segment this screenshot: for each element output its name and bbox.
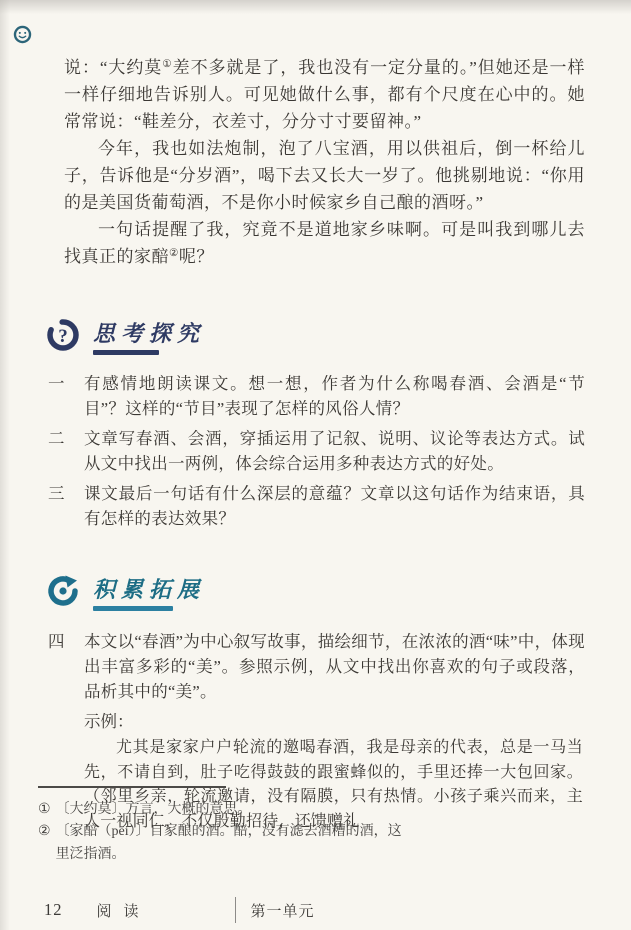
question-text: 课文最后一句话有什么深层的意蕴？文章以这句话作为结束语，具有怎样的表达效果？ [84,481,585,531]
footnote-number: ① [38,799,51,822]
section-title-underline [93,350,159,355]
section-title-box: 思考探究 [93,317,205,355]
footer-unit-label: 第一单元 [251,900,315,921]
section-title-box: 积累拓展 [93,573,205,611]
question-text: 有感情地朗读课文。想一想，作者为什么称喝春酒、会酒是“节目”？这样的“节目”表现… [84,371,585,421]
svg-text:?: ? [58,326,68,347]
question-text: 本文以“春酒”为中心叙写故事，描绘细节，在浓浓的酒“味”中，体现出丰富多彩的“美… [84,629,585,704]
section-title-underline [93,606,173,611]
question-item-2: 二 文章写春酒、会酒，穿插运用了记叙、说明、议论等表达方式。试从文中找出一两例，… [48,426,585,476]
section-header-accumulate-expand: 积累拓展 [46,573,585,611]
paragraph-text: 说：“大约莫 [64,58,162,77]
footnote-marker-2: ② [169,248,179,259]
footnote-number: ② [38,821,51,866]
question-number: 一 [48,371,72,421]
footer-section-label: 阅读 [97,900,151,921]
question-item-3: 三 课文最后一句话有什么深层的意蕴？文章以这句话作为结束语，具有怎样的表达效果？ [48,481,585,531]
question-mark-circle-icon: ? [46,318,80,352]
footer-divider [235,897,236,923]
smiley-watermark-icon [13,25,32,44]
question-number: 四 [48,629,72,704]
question-text: 文章写春酒、会酒，穿插运用了记叙、说明、议论等表达方式。试从文中找出一两例，体会… [84,426,585,476]
question-item-4: 四 本文以“春酒”为中心叙写故事，描绘细节，在浓浓的酒“味”中，体现出丰富多彩的… [48,629,585,704]
lesson-body-text: 说：“大约莫①差不多就是了，我也没有一定分量的。”但她还是一样一样仔细地告诉别人… [64,54,585,270]
section-title: 思考探究 [93,317,205,348]
footnote-1: ① 〔大约莫〕方言，大概的意思。 [38,799,498,822]
page-number: 12 [44,900,63,920]
footnotes-area: ① 〔大约莫〕方言，大概的意思。 ② 〔家醅（pēi）〕自家酿的酒。醅，没有滤去… [38,786,498,866]
paragraph-text: 呢？ [179,247,214,266]
question-number: 二 [48,426,72,476]
body-paragraph: 说：“大约莫①差不多就是了，我也没有一定分量的。”但她还是一样一样仔细地告诉别人… [64,54,585,135]
footnote-divider [38,786,226,788]
footnote-text: 〔家醅（pēi）〕自家酿的酒。醅，没有滤去酒糟的酒，这里泛指酒。 [56,821,406,866]
textbook-page: 说：“大约莫①差不多就是了，我也没有一定分量的。”但她还是一样一样仔细地告诉别人… [0,0,631,930]
page-footer: 12 阅读 第一单元 [44,897,315,923]
question-number: 三 [48,481,72,531]
section-header-think-explore: ? 思考探究 [46,317,585,355]
question-item-1: 一 有感情地朗读课文。想一想，作者为什么称喝春酒、会酒是“节目”？这样的“节目”… [48,371,585,421]
page-content: 说：“大约莫①差不多就是了，我也没有一定分量的。”但她还是一样一样仔细地告诉别人… [0,0,631,834]
footnote-marker-1: ① [162,59,172,70]
body-paragraph: 今年，我也如法炮制，泡了八宝酒，用以供祖后，倒一杯给儿子，告诉他是“分岁酒”，喝… [64,135,585,216]
circular-arrow-icon [46,574,80,608]
paragraph-text: 一句话提醒了我，究竟不是道地家乡味啊。可是叫我到哪儿去找真正的家醅 [64,220,585,266]
example-label: 示例： [84,709,585,734]
body-paragraph: 一句话提醒了我，究竟不是道地家乡味啊。可是叫我到哪儿去找真正的家醅②呢？ [64,216,585,270]
footnote-2: ② 〔家醅（pēi）〕自家酿的酒。醅，没有滤去酒糟的酒，这里泛指酒。 [38,821,498,866]
think-explore-questions: 一 有感情地朗读课文。想一想，作者为什么称喝春酒、会酒是“节目”？这样的“节目”… [48,371,585,531]
section-title: 积累拓展 [93,573,205,604]
footnote-text: 〔大约莫〕方言，大概的意思。 [56,799,406,822]
